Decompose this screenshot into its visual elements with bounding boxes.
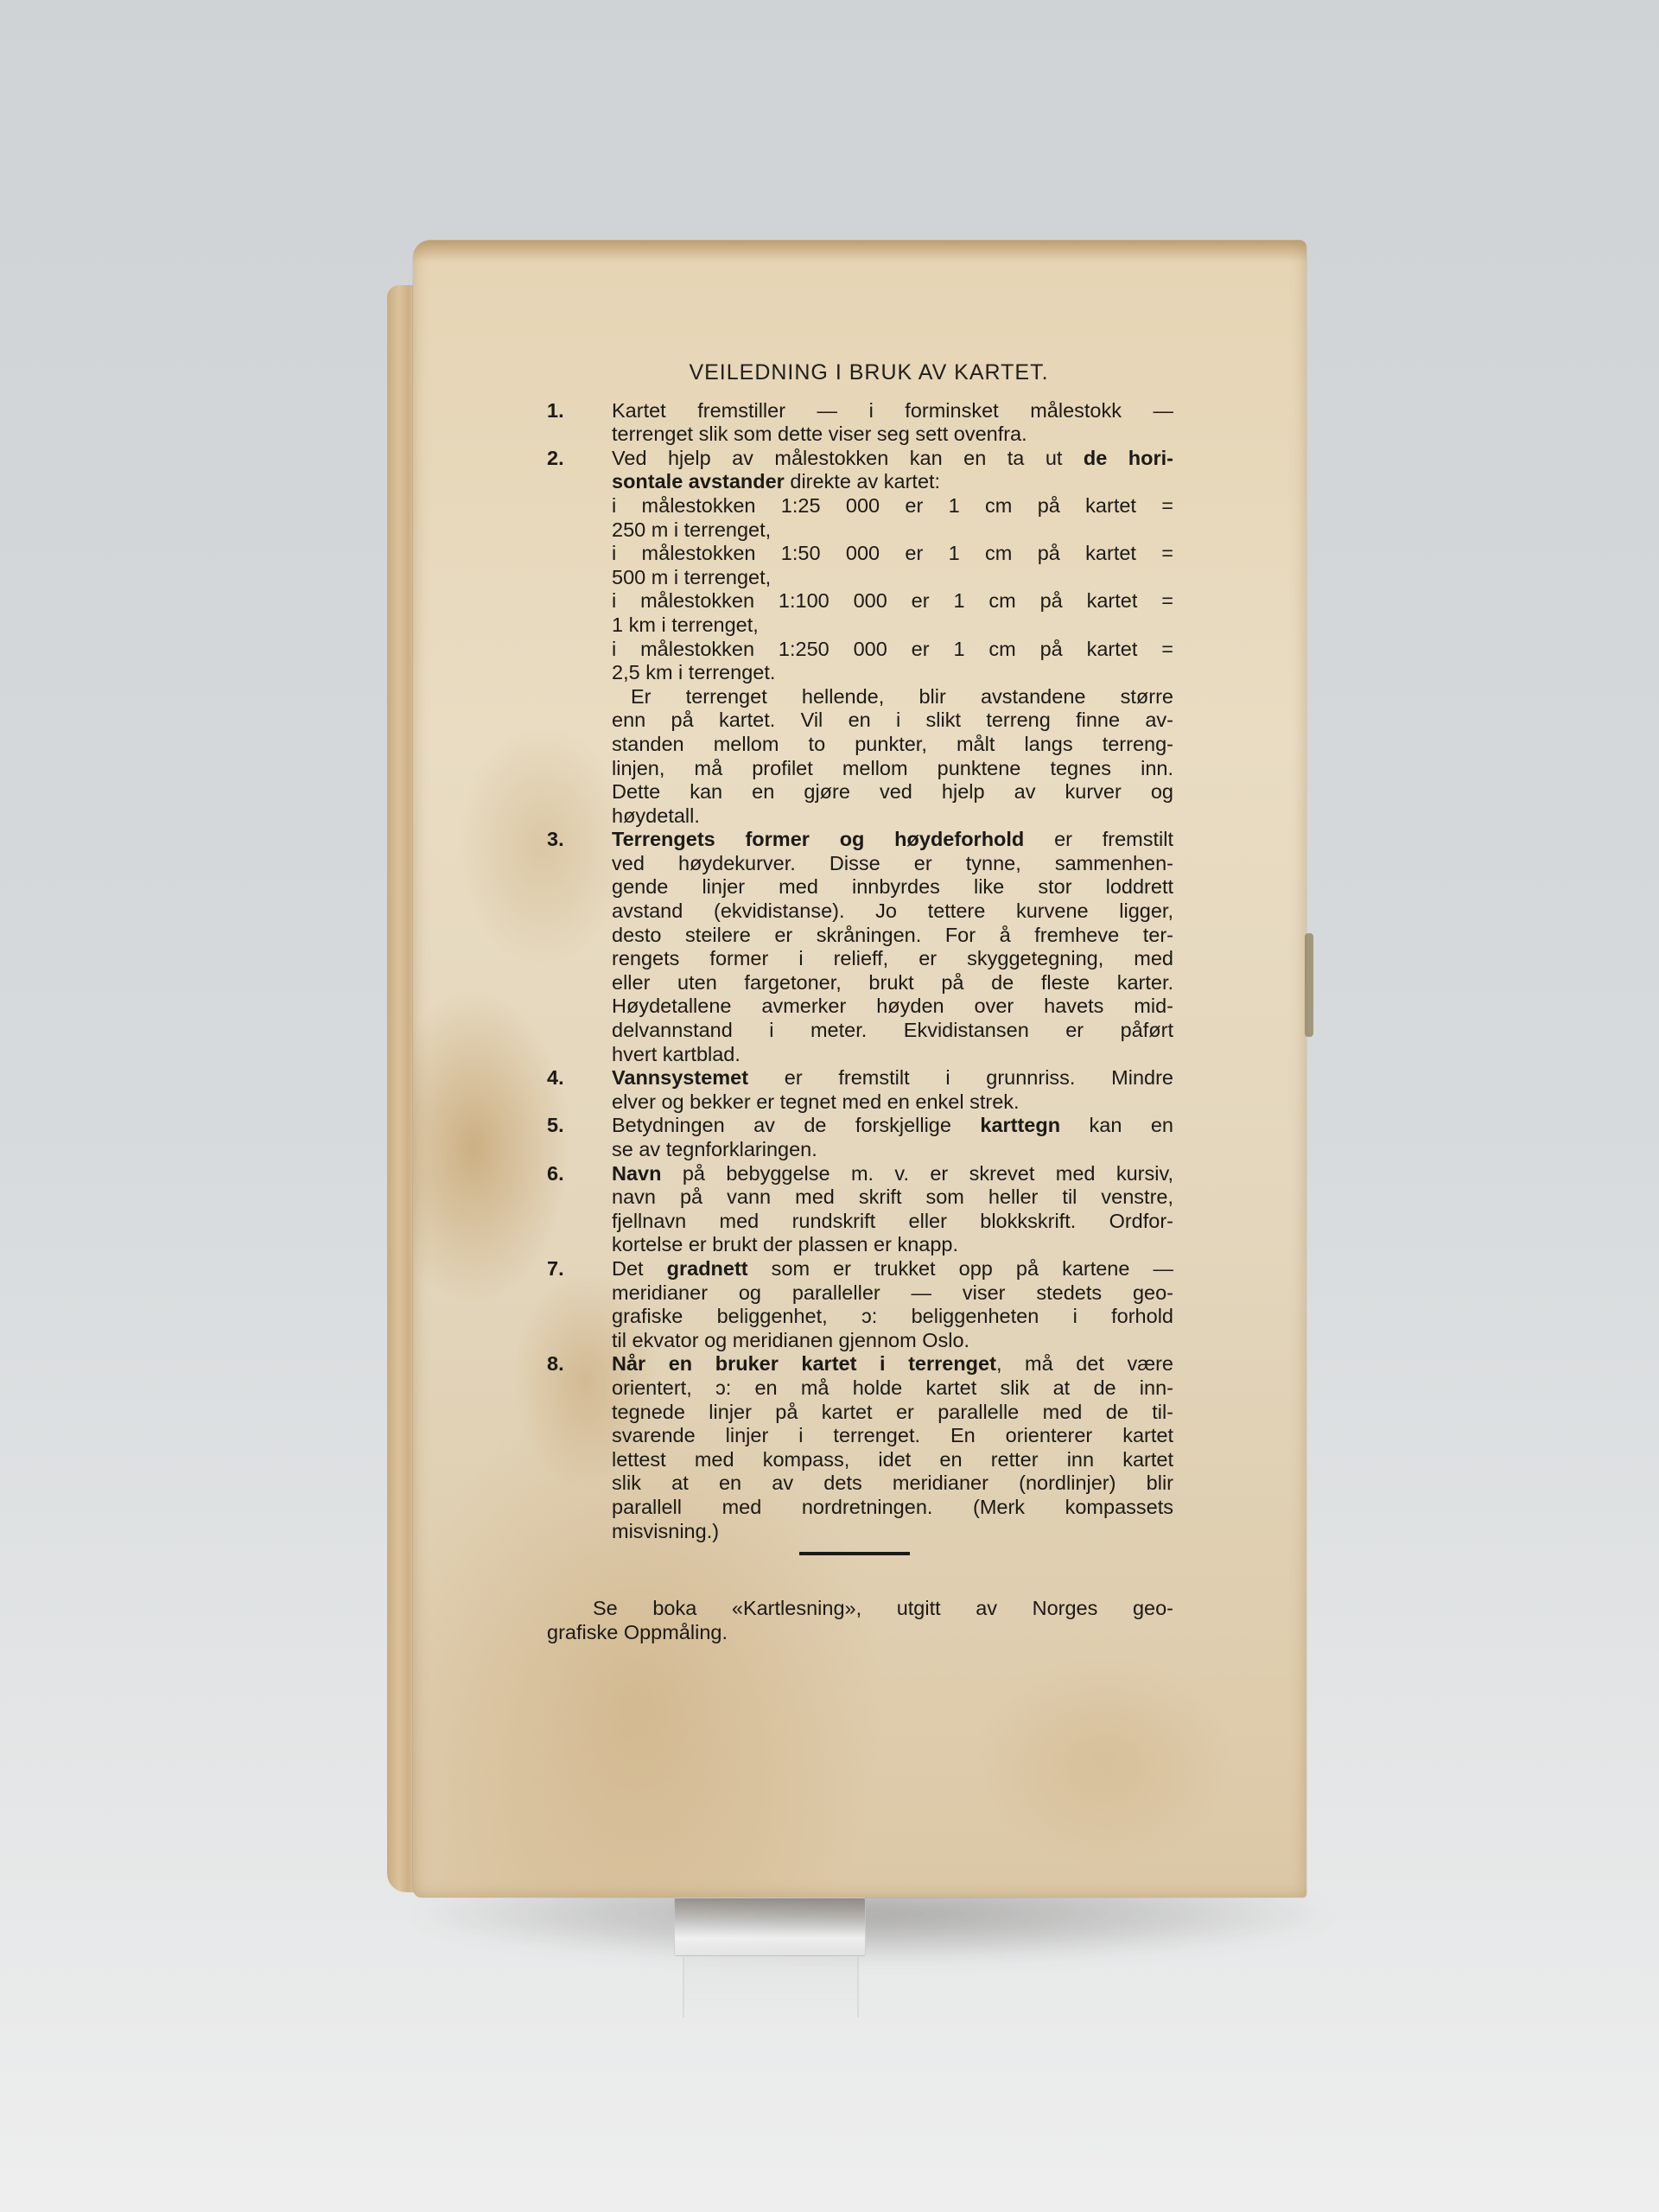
- text-line: Ved hjelp av målestokken kan en ta ut de…: [612, 447, 1173, 471]
- text-line: enn på kartet. Vil en i slikt terreng fi…: [612, 709, 1173, 733]
- text-line: Vannsystemet er fremstilt i grunnriss. M…: [612, 1066, 1173, 1090]
- item-number: 3.: [547, 828, 564, 852]
- text-line: Dette kan en gjøre ved hjelp av kurver o…: [612, 780, 1173, 804]
- document-title: VEILEDNING I BRUK AV KARTET.: [564, 361, 1173, 385]
- instruction-item: 1.Kartet fremstiller — i forminsket måle…: [547, 399, 1173, 447]
- item-number: 4.: [547, 1066, 564, 1090]
- text-line: parallell med nordretningen. (Merk kompa…: [612, 1496, 1173, 1520]
- text-line: Det gradnett som er trukket opp på karte…: [612, 1257, 1173, 1281]
- text-line: delvannstand i meter. Ekvidistansen er p…: [612, 1019, 1173, 1043]
- text-line: i målestokken 1:25 000 er 1 cm på kartet…: [612, 494, 1173, 518]
- text-line: hvert kartblad.: [612, 1043, 1173, 1067]
- see-also-line: grafiske Oppmåling.: [547, 1621, 1173, 1645]
- text-line: høydetall.: [612, 804, 1173, 829]
- item-number: 6.: [547, 1162, 564, 1186]
- text-line: lettest med kompass, idet en retter inn …: [612, 1448, 1173, 1472]
- instruction-item: 4.Vannsystemet er fremstilt i grunnriss.…: [547, 1066, 1173, 1114]
- stand-reflection: [683, 1957, 859, 2018]
- item-number: 8.: [547, 1352, 564, 1376]
- text-line: Betydningen av de forskjellige karttegn …: [612, 1114, 1173, 1138]
- text-line: Terrengets former og høydeforhold er fre…: [612, 828, 1173, 852]
- text-line: fjellnavn med rundskrift eller blokkskri…: [612, 1210, 1173, 1234]
- see-also-note: Se boka «Kartlesning», utgitt av Norges …: [547, 1597, 1173, 1644]
- instruction-item: 6.Navn på bebyggelse m. v. er skrevet me…: [547, 1162, 1173, 1257]
- text-line: desto steilere er skråningen. For å frem…: [612, 924, 1173, 948]
- text-line: i målestokken 1:250 000 er 1 cm på karte…: [612, 638, 1173, 662]
- text-line: sontale avstander direkte av kartet:: [612, 470, 1173, 494]
- instruction-item: 2.Ved hjelp av målestokken kan en ta ut …: [547, 447, 1173, 829]
- text-line: tegnede linjer på kartet er parallelle m…: [612, 1401, 1173, 1425]
- text-line: Navn på bebyggelse m. v. er skrevet med …: [612, 1162, 1173, 1186]
- divider-rule: [799, 1552, 910, 1555]
- instruction-item: 8.Når en bruker kartet i terrenget, må d…: [547, 1352, 1173, 1543]
- text-line: eller uten fargetoner, brukt på de flest…: [612, 971, 1173, 995]
- item-number: 5.: [547, 1114, 564, 1138]
- text-line: misvisning.): [612, 1520, 1173, 1544]
- text-line: 250 m i terrenget,: [612, 518, 1173, 543]
- text-line: slik at en av dets meridianer (nordlinje…: [612, 1471, 1173, 1496]
- text-line: 2,5 km i terrenget.: [612, 661, 1173, 685]
- torn-edge: [1305, 933, 1313, 1037]
- instruction-item: 7.Det gradnett som er trukket opp på kar…: [547, 1257, 1173, 1352]
- text-line: terrenget slik som dette viser seg sett …: [612, 423, 1173, 447]
- text-line: rengets former i relieff, er skyggetegni…: [612, 947, 1173, 971]
- text-line: navn på vann med skrift som heller til v…: [612, 1185, 1173, 1210]
- text-line: i målestokken 1:100 000 er 1 cm på karte…: [612, 589, 1173, 613]
- text-line: i målestokken 1:50 000 er 1 cm på kartet…: [612, 542, 1173, 566]
- text-line: Er terrenget hellende, blir avstandene s…: [612, 685, 1173, 709]
- text-line: meridianer og paralleller — viser stedet…: [612, 1281, 1173, 1306]
- text-line: grafiske beliggenhet, ɔ: beliggenheten i…: [612, 1305, 1173, 1329]
- item-number: 2.: [547, 447, 564, 471]
- map-back-cover: VEILEDNING I BRUK AV KARTET. 1.Kartet fr…: [413, 240, 1306, 1897]
- text-line: til ekvator og meridianen gjennom Oslo.: [612, 1329, 1173, 1353]
- text-line: Høydetallene avmerker høyden over havets…: [612, 995, 1173, 1019]
- text-line: linjen, må profilet mellom punktene tegn…: [612, 757, 1173, 781]
- text-line: 1 km i terrenget,: [612, 613, 1173, 638]
- text-line: se av tegnforklaringen.: [612, 1138, 1173, 1162]
- instruction-list: 1.Kartet fremstiller — i forminsket måle…: [547, 399, 1173, 1544]
- text-line: kortelse er brukt der plassen er knapp.: [612, 1233, 1173, 1257]
- see-also-line: Se boka «Kartlesning», utgitt av Norges …: [547, 1597, 1173, 1621]
- text-line: standen mellom to punkter, målt langs te…: [612, 733, 1173, 757]
- instructions: VEILEDNING I BRUK AV KARTET. 1.Kartet fr…: [547, 361, 1173, 1644]
- acrylic-stand: [674, 1897, 866, 1956]
- text-line: svarende linjer i terrenget. En orienter…: [612, 1424, 1173, 1448]
- text-line: elver og bekker er tegnet med en enkel s…: [612, 1090, 1173, 1115]
- instruction-item: 3.Terrengets former og høydeforhold er f…: [547, 828, 1173, 1066]
- text-line: ved høydekurver. Disse er tynne, sammenh…: [612, 852, 1173, 876]
- item-number: 1.: [547, 399, 564, 423]
- text-line: Når en bruker kartet i terrenget, må det…: [612, 1352, 1173, 1376]
- text-line: Kartet fremstiller — i forminsket målest…: [612, 399, 1173, 423]
- instruction-item: 5.Betydningen av de forskjellige kartteg…: [547, 1114, 1173, 1161]
- item-number: 7.: [547, 1257, 564, 1281]
- text-line: orientert, ɔ: en må holde kartet slik at…: [612, 1376, 1173, 1401]
- text-line: avstand (ekvidistanse). Jo tettere kurve…: [612, 899, 1173, 924]
- text-line: gende linjer med innbyrdes like stor lod…: [612, 875, 1173, 899]
- text-line: 500 m i terrenget,: [612, 566, 1173, 590]
